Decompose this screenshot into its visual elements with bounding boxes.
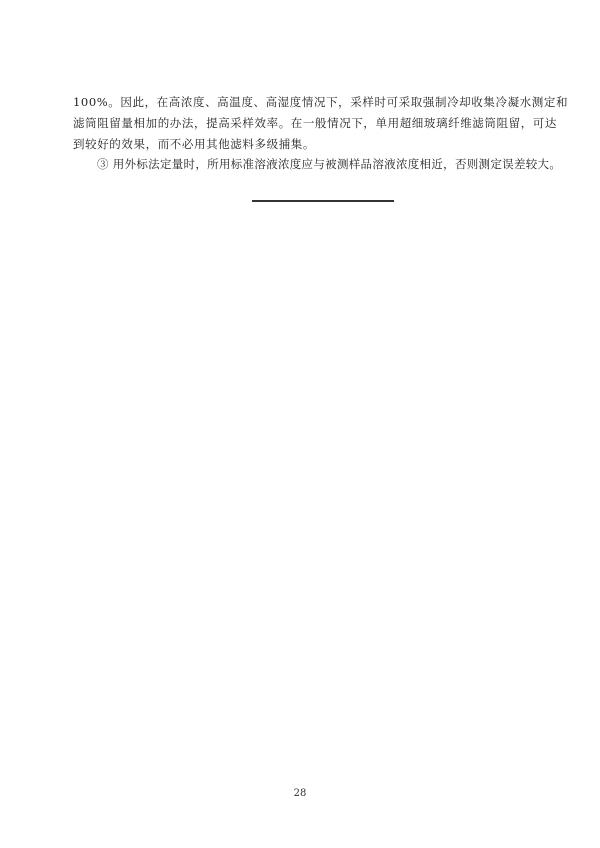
text-line-1: 100%。因此，在高浓度、高温度、高湿度情况下，采样时可采取强制冷却收集冷凝水测… [73,95,568,109]
text-line-3: 到较好的效果，而不必用其他滤料多级捕集。 [73,137,315,151]
section-end-divider [252,200,394,202]
page-number: 28 [0,788,600,799]
note-item-3: ③ 用外标法定量时，所用标准溶液浓度应与被测样品溶液浓度相近，否则测定误差较大。 [97,157,561,171]
text-line-2: 滤筒阻留量相加的办法，提高采样效率。在一般情况下，单用超细玻璃纤维滤筒阻留，可达 [73,116,557,130]
